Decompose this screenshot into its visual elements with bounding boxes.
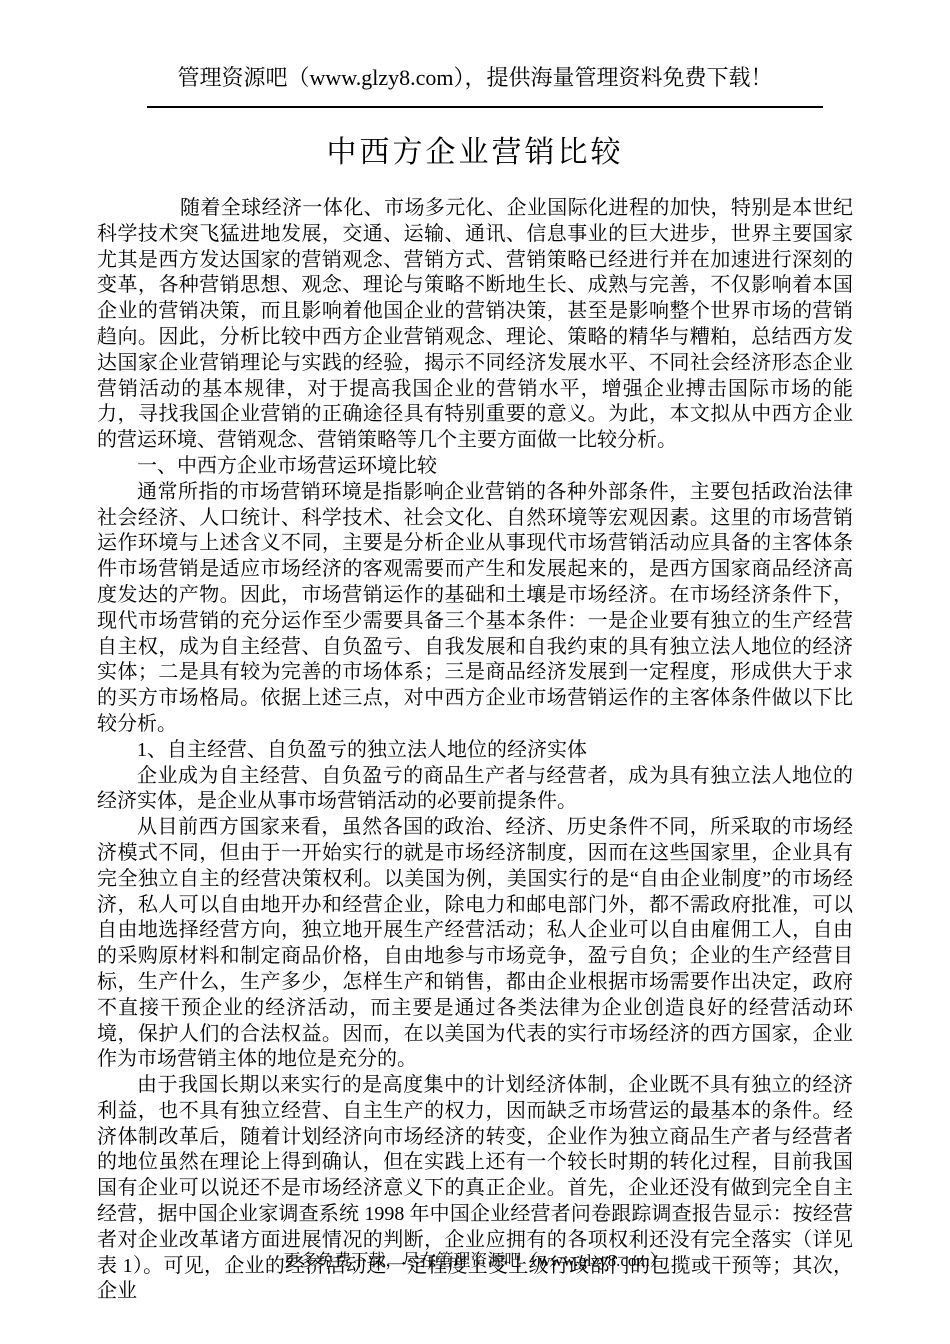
paragraph-legal-entity: 企业成为自主经营、自负盈亏的商品生产者与经营者，成为具有独立法人地位的经济实体，… [97,764,853,816]
paragraph-western-countries: 从目前西方国家来看，虽然各国的政治、经济、历史条件不同，所采取的市场经济模式不同… [97,815,853,1073]
paragraph-market-environment: 通常所指的市场营销环境是指影响企业营销的各种外部条件，主要包括政治法律社会经济、… [97,480,853,738]
sub-heading: 1、自主经营、自负盈亏的独立法人地位的经济实体 [97,738,853,764]
document-body: 随着全球经济一体化、市场多元化、企业国际化进程的加快，特别是本世纪科学技术突飞猛… [97,196,853,1305]
intro-paragraph: 随着全球经济一体化、市场多元化、企业国际化进程的加快，特别是本世纪科学技术突飞猛… [97,196,853,454]
section-heading: 一、中西方企业市场营运环境比较 [97,454,853,480]
document-page: 管理资源吧（www.glzy8.com），提供海量管理资料免费下载！ 中西方企业… [0,0,950,1344]
page-footer-banner: 更多免费下载，尽在管理资源吧（www.glzy8.com） [0,1246,950,1271]
document-title: 中西方企业营销比较 [0,127,950,171]
header-divider-rule [147,106,823,108]
page-header-banner: 管理资源吧（www.glzy8.com），提供海量管理资料免费下载！ [0,64,950,93]
